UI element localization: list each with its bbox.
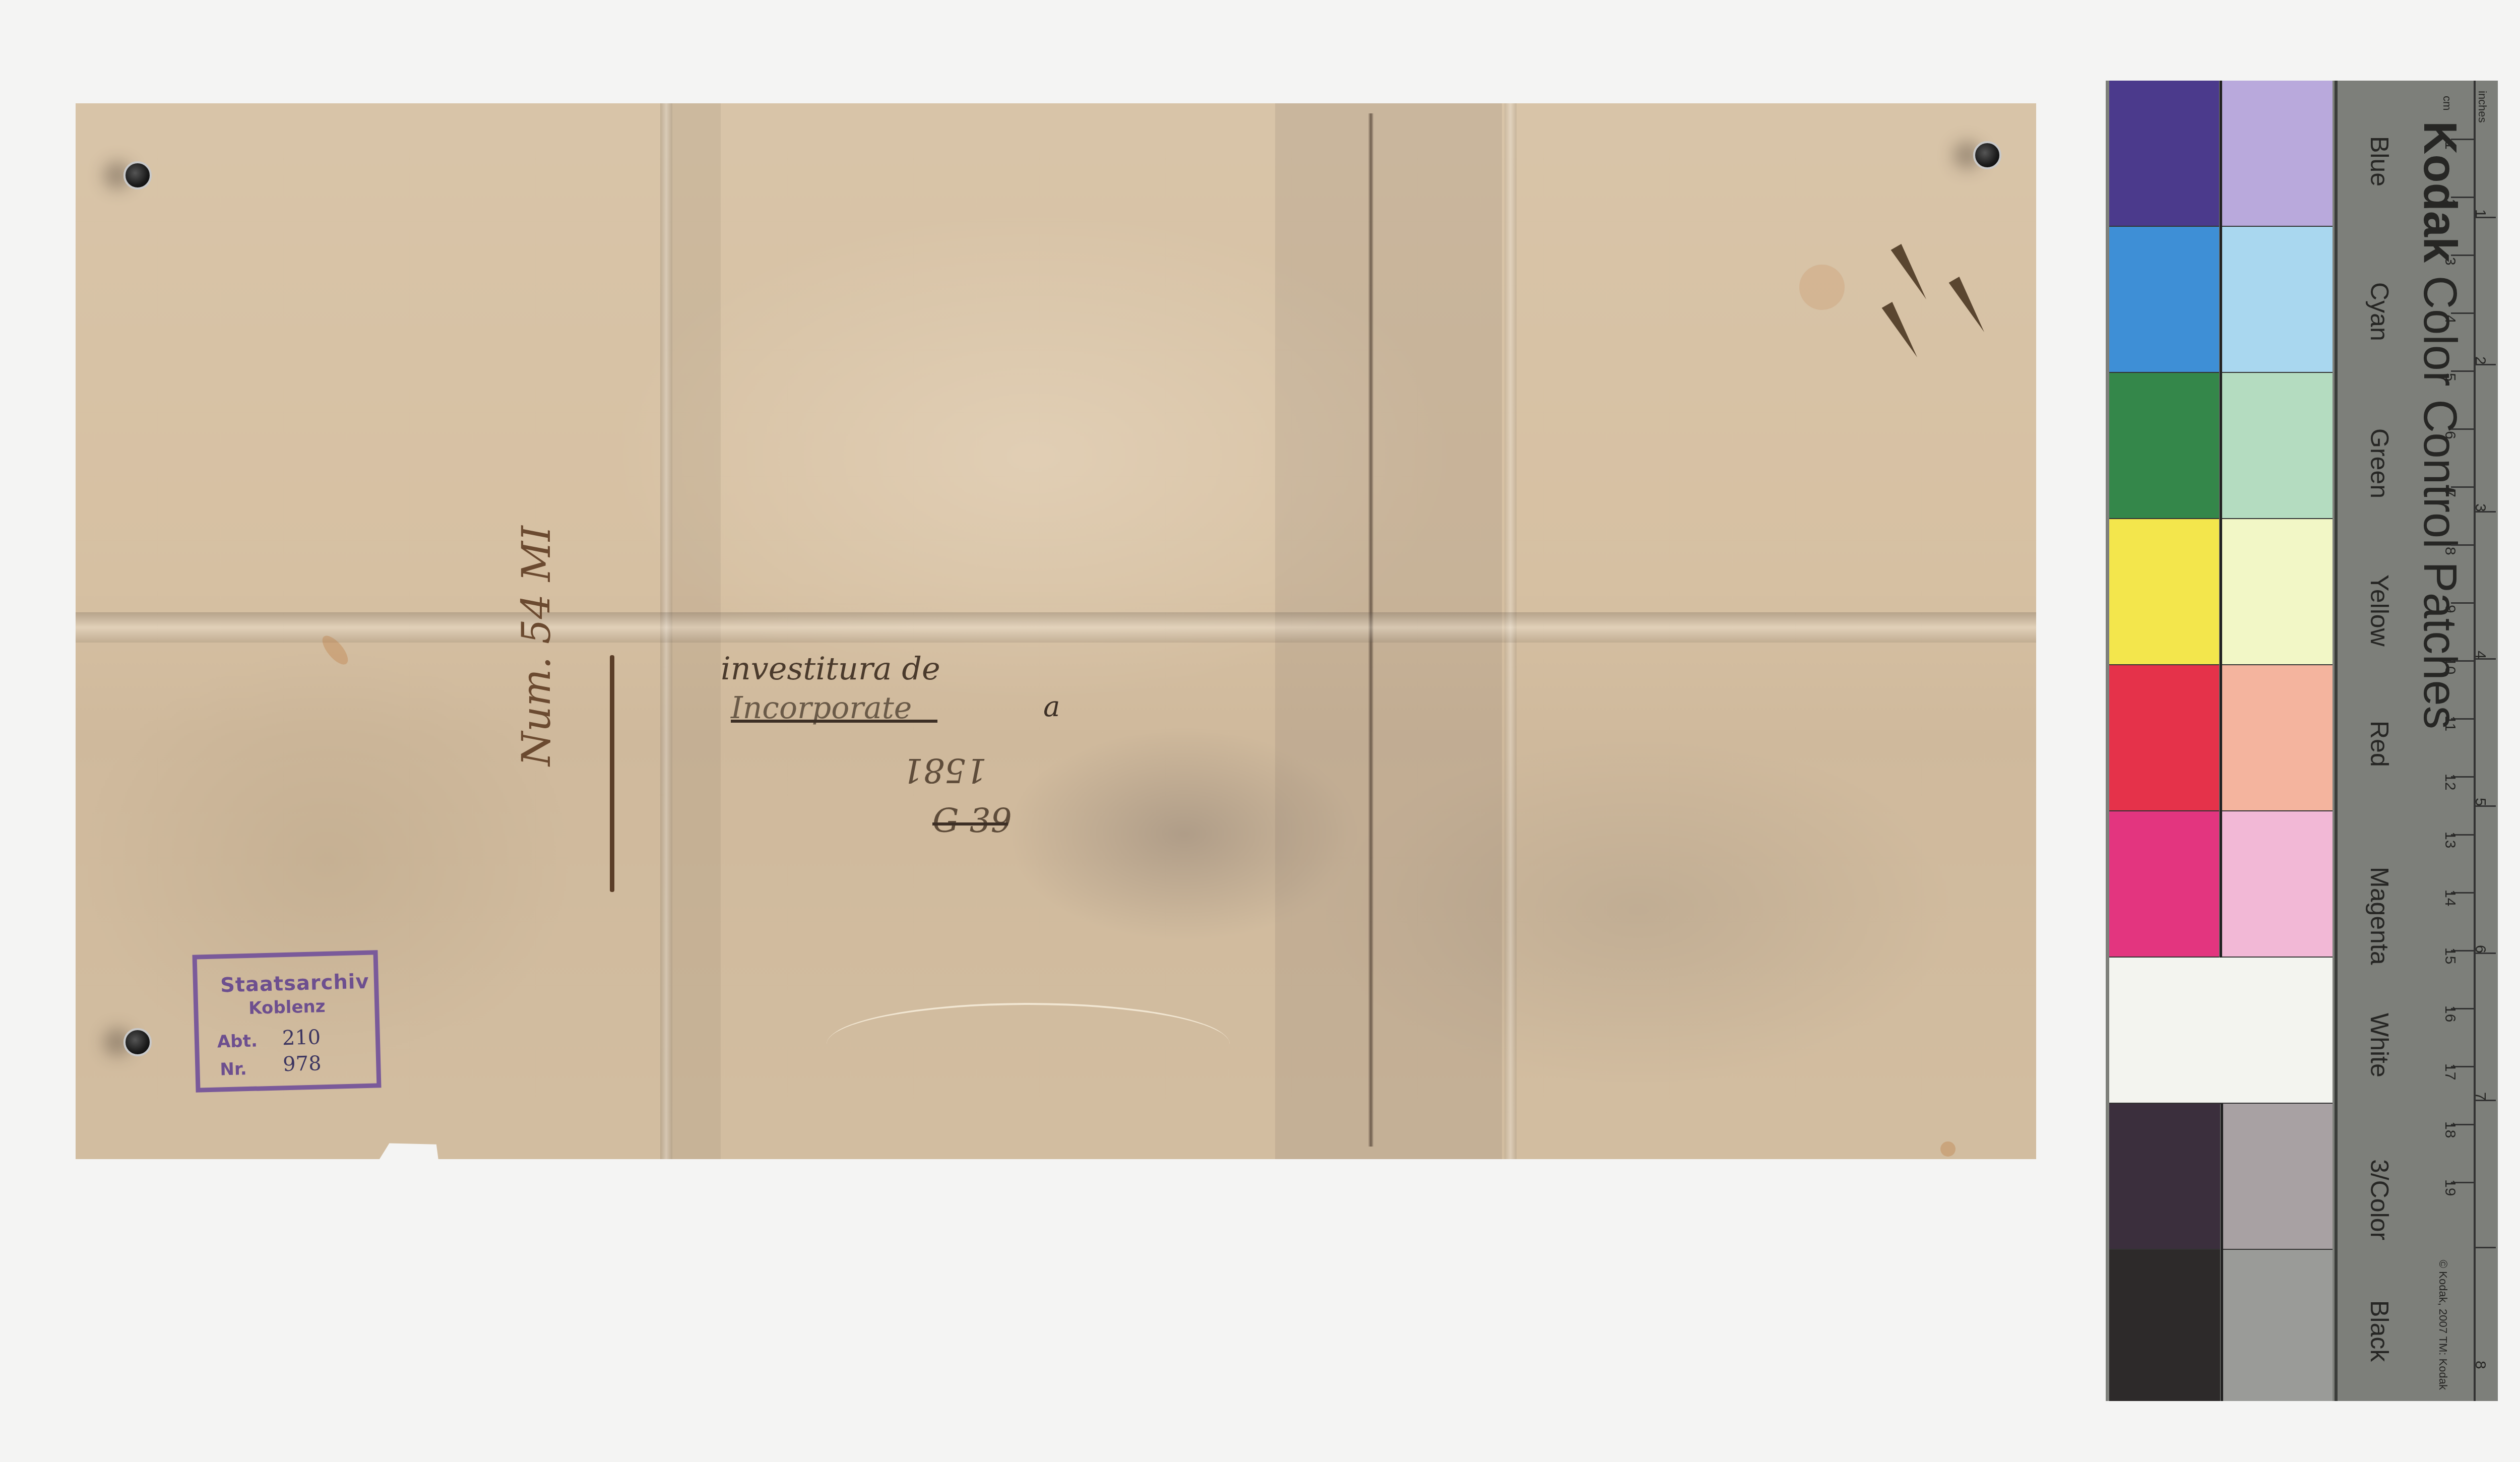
mounting-pin: [123, 1028, 152, 1056]
cm-tick-label: 14: [2441, 889, 2459, 906]
cm-tick-label: 13: [2441, 832, 2459, 848]
stamp-abt-value: 210: [282, 1026, 321, 1050]
strikethrough: [932, 822, 1008, 825]
cm-tick: [2451, 197, 2474, 198]
signature-note: G 39: [932, 801, 1012, 840]
label-red: Red: [2365, 721, 2394, 767]
inch-unit-label: inches: [2476, 91, 2489, 123]
note-underline: [610, 655, 614, 892]
inch-tick-label: 5: [2472, 798, 2489, 806]
label-black: Black: [2365, 1300, 2394, 1362]
inch-tick-label: 1: [2472, 209, 2489, 218]
cm-tick-label: 11: [2441, 716, 2459, 731]
cm-tick: [2451, 428, 2474, 430]
patch-white: [2109, 958, 2333, 1104]
cm-tick-label: 18: [2441, 1121, 2459, 1138]
cm-tick-label: 9: [2441, 605, 2459, 613]
archive-stamp: Staatsarchiv Koblenz Abt. 210 Nr. 978: [192, 950, 381, 1093]
patch-divider: [2221, 1104, 2223, 1401]
cm-tick: [2451, 602, 2474, 604]
label-blue: Blue: [2365, 136, 2394, 186]
stamp-nr-value: 978: [283, 1052, 322, 1076]
cm-tick: [2451, 255, 2474, 256]
horizontal-fold: [76, 612, 2036, 643]
stain: [1940, 1141, 1956, 1157]
endorsement-line-1: investitura de: [721, 650, 940, 687]
kodak-ruler: Kodak Color Control Patches Blue Cyan Gr…: [2335, 81, 2498, 1401]
label-3color: 3/Color: [2365, 1159, 2394, 1240]
label-yellow: Yellow: [2365, 575, 2394, 647]
stamp-city: Koblenz: [248, 996, 326, 1019]
strikethrough: [731, 720, 937, 723]
ruler-scale-line: [2474, 81, 2476, 1401]
patch-green-light: [2222, 373, 2333, 520]
patch-red-light: [2222, 665, 2333, 812]
cm-tick: [2451, 544, 2474, 546]
patch-yellow-dark: [2109, 519, 2219, 666]
stamp-archive-name: Staatsarchiv: [220, 970, 369, 997]
cm-tick: [2451, 486, 2474, 488]
patch-magenta-dark: [2109, 811, 2219, 958]
inch-tick: [2476, 1247, 2496, 1248]
mounting-pin: [123, 161, 152, 189]
patch-blue-dark: [2109, 81, 2219, 227]
inch-tick-label: 2: [2472, 356, 2489, 365]
kodak-copyright: © Kodak, 2007 TM: Kodak: [2436, 1260, 2449, 1390]
cm-unit-label: cm: [2440, 96, 2453, 110]
cm-tick-label: 12: [2441, 774, 2459, 790]
kodak-title: Kodak Color Control Patches: [2413, 121, 2466, 729]
inch-tick-label: 7: [2472, 1092, 2489, 1101]
stain: [1799, 265, 1845, 310]
vertical-shelfmark-note: Num. 54 MI: [514, 526, 559, 766]
cm-tick-label: 4: [2441, 315, 2459, 324]
cm-tick-label: 2: [2441, 199, 2459, 208]
cm-tick: [2451, 312, 2474, 314]
label-magenta: Magenta: [2365, 867, 2394, 965]
patch-black-light: [2223, 1250, 2333, 1401]
patch-cyan-dark: [2109, 227, 2219, 373]
patch-3color-dark: [2109, 1104, 2220, 1250]
inch-tick-label: 6: [2472, 945, 2489, 954]
cm-tick-label: 8: [2441, 547, 2459, 555]
cm-tick: [2451, 370, 2474, 372]
cm-tick: [2451, 139, 2474, 140]
inch-tick-label: 4: [2472, 651, 2489, 659]
patch-red-dark: [2109, 665, 2219, 812]
stamp-abt-label: Abt.: [217, 1031, 258, 1052]
cm-tick-label: 15: [2441, 947, 2459, 964]
cm-tick-label: 7: [2441, 489, 2459, 497]
year-note: 1581: [902, 751, 987, 790]
cm-tick-label: 3: [2441, 257, 2459, 266]
patch-cyan-light: [2222, 227, 2333, 373]
patch-blue-light: [2222, 81, 2333, 227]
cm-tick-label: 19: [2441, 1179, 2459, 1196]
inch-tick-label: 3: [2472, 503, 2489, 512]
cm-tick-label: 1: [2441, 141, 2459, 150]
cm-tick-label: 10: [2441, 658, 2459, 674]
label-cyan: Cyan: [2365, 282, 2394, 341]
mounting-pin: [1973, 141, 2001, 169]
patch-3color-light: [2223, 1104, 2333, 1250]
inch-tick-label: 8: [2472, 1361, 2489, 1369]
patch-green-dark: [2109, 373, 2219, 520]
stamp-nr-label: Nr.: [220, 1059, 247, 1079]
patch-magenta-light: [2222, 811, 2333, 958]
patch-black-dark: [2109, 1250, 2220, 1401]
cm-tick-label: 5: [2441, 373, 2459, 382]
cm-tick-label: 17: [2441, 1063, 2459, 1080]
cm-tick-label: 16: [2441, 1005, 2459, 1022]
patch-divider: [2220, 81, 2222, 958]
patch-yellow-light: [2222, 519, 2333, 666]
label-green: Green: [2365, 428, 2394, 498]
cm-tick-label: 6: [2441, 431, 2459, 439]
endorsement-fragment: a: [1043, 690, 1060, 723]
tear-edge: [827, 1003, 1230, 1086]
label-white: White: [2365, 1013, 2394, 1077]
